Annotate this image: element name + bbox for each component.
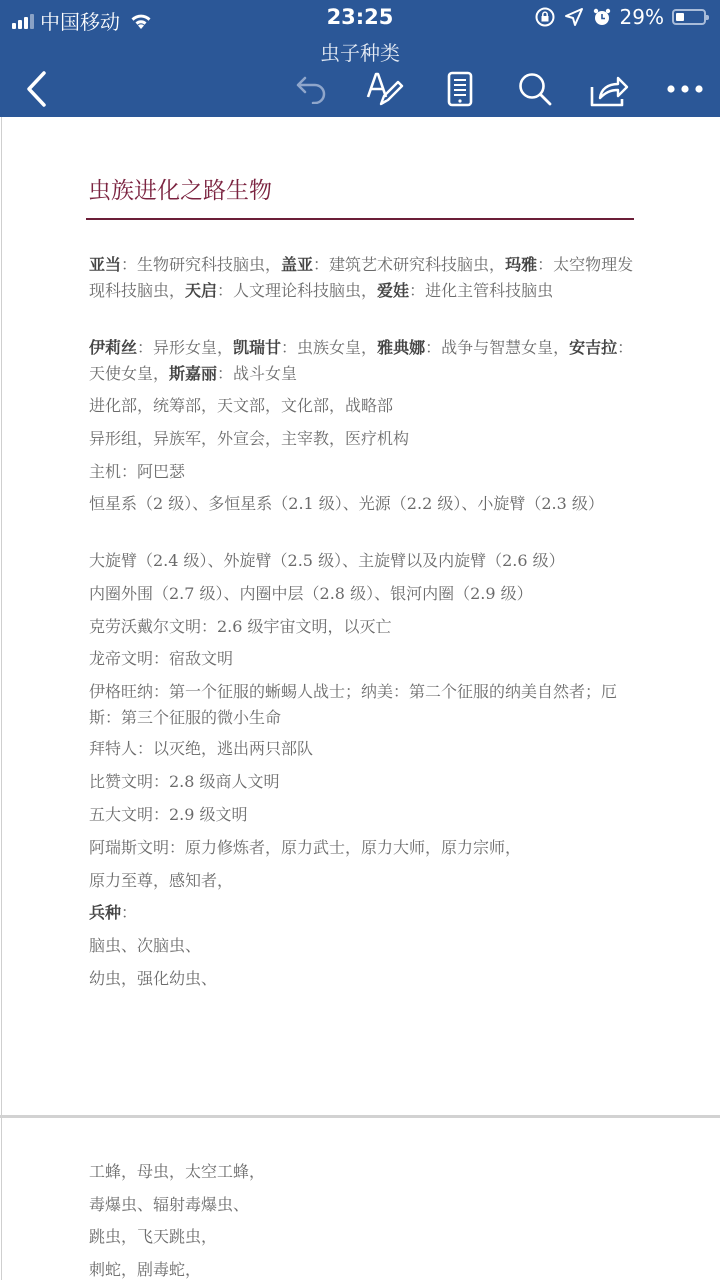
paragraph: 毒爆虫、辐射毒爆虫、 <box>89 1192 635 1218</box>
paragraph: 兵种： <box>89 900 635 926</box>
undo-icon <box>295 74 329 104</box>
text-run: ：异形女皇， <box>137 338 233 357</box>
bold-term: 亚当 <box>89 255 121 274</box>
paragraph: 原力至尊，感知者， <box>89 868 635 894</box>
back-button[interactable] <box>16 66 56 112</box>
search-icon <box>517 71 553 107</box>
paragraph: 伊格旺纳：第一个征服的蜥蜴人战士；纳美：第二个征服的纳美自然者；厄斯：第三个征服… <box>89 679 635 731</box>
status-bar: 中国移动 23:25 29% <box>0 0 720 36</box>
text-run: ：生物研究科技脑虫， <box>121 255 281 274</box>
text-run: ：战斗女皇 <box>217 364 297 383</box>
battery-icon <box>672 9 706 25</box>
share-button[interactable] <box>586 66 632 112</box>
heading-rule <box>86 218 634 220</box>
bold-term: 兵种 <box>89 903 121 922</box>
paragraph: 伊莉丝：异形女皇，凯瑞甘：虫族女皇，雅典娜：战争与智慧女皇，安吉拉：天使女皇，斯… <box>89 335 635 387</box>
document-title: 虫子种类 <box>0 37 720 66</box>
rotation-lock-icon <box>534 6 556 28</box>
text-run: ：虫族女皇， <box>281 338 377 357</box>
text-run: ：人文理论科技脑虫， <box>217 281 377 300</box>
text-run: ：战争与智慧女皇， <box>425 338 569 357</box>
paragraph: 克劳沃戴尔文明：2.6 级宇宙文明，以灭亡 <box>89 614 635 640</box>
edit-text-button[interactable] <box>362 66 408 112</box>
back-icon <box>24 70 48 108</box>
paragraph: 跳虫，飞天跳虫， <box>89 1224 635 1250</box>
bold-term: 爱娃 <box>377 281 409 300</box>
paragraph: 脑虫、次脑虫、 <box>89 933 635 959</box>
paragraph: 五大文明：2.9 级文明 <box>89 802 635 828</box>
paragraph: 进化部，统筹部，天文部，文化部，战略部 <box>89 393 635 419</box>
paragraph: 主机：阿巴瑟 <box>89 459 635 485</box>
paragraph: 恒星系（2 级）、多恒星系（2.1 级）、光源（2.2 级）、小旋臂（2.3 级… <box>89 491 635 517</box>
paragraph: 幼虫，强化幼虫、 <box>89 966 635 992</box>
paragraph: 龙帝文明：宿敌文明 <box>89 646 635 672</box>
bold-term: 天启 <box>185 281 217 300</box>
mobile-view-icon <box>447 71 473 107</box>
paragraph: 比赞文明：2.8 级商人文明 <box>89 769 635 795</box>
paragraph: 大旋臂（2.4 级）、外旋臂（2.5 级）、主旋臂以及内旋臂（2.6 级） <box>89 548 635 574</box>
alarm-icon <box>592 7 612 27</box>
battery-percent: 29% <box>620 5 664 29</box>
paragraph: 刺蛇，剧毒蛇， <box>89 1257 635 1280</box>
text-run: ：建筑艺术研究科技脑虫， <box>313 255 505 274</box>
edit-text-icon <box>365 71 405 107</box>
paragraph: 拜特人：以灭绝，逃出两只部队 <box>89 736 635 762</box>
paragraph: 亚当：生物研究科技脑虫，盖亚：建筑艺术研究科技脑虫，玛雅：太空物理发现科技脑虫，… <box>89 252 635 304</box>
mobile-view-button[interactable] <box>438 66 482 112</box>
bold-term: 斯嘉丽 <box>169 364 217 383</box>
text-run: ： <box>121 903 137 922</box>
paragraph: 工蜂，母虫，太空工蜂， <box>89 1159 635 1185</box>
app-header: 中国移动 23:25 29% 虫 <box>0 0 720 117</box>
bold-term: 盖亚 <box>281 255 313 274</box>
document-heading: 虫族进化之路生物 <box>88 172 272 205</box>
bold-term: 伊莉丝 <box>89 338 137 357</box>
text-run: ：进化主管科技脑虫 <box>409 281 553 300</box>
paragraph: 内圈外围（2.7 级）、内圈中层（2.8 级）、银河内圈（2.9 级） <box>89 581 635 607</box>
bold-term: 凯瑞甘 <box>233 338 281 357</box>
paragraph: 阿瑞斯文明：原力修炼者，原力武士，原力大师，原力宗师， <box>89 835 635 861</box>
paragraph: 异形组，异族军，外宣会，主宰教，医疗机构 <box>89 426 635 452</box>
location-icon <box>564 7 584 27</box>
search-button[interactable] <box>512 66 558 112</box>
toolbar <box>0 66 720 112</box>
more-icon <box>666 84 704 94</box>
bold-term: 安吉拉 <box>569 338 617 357</box>
more-button[interactable] <box>660 66 710 112</box>
bold-term: 雅典娜 <box>377 338 425 357</box>
share-icon <box>589 71 629 107</box>
bold-term: 玛雅 <box>505 255 537 274</box>
undo-button[interactable] <box>290 66 334 112</box>
